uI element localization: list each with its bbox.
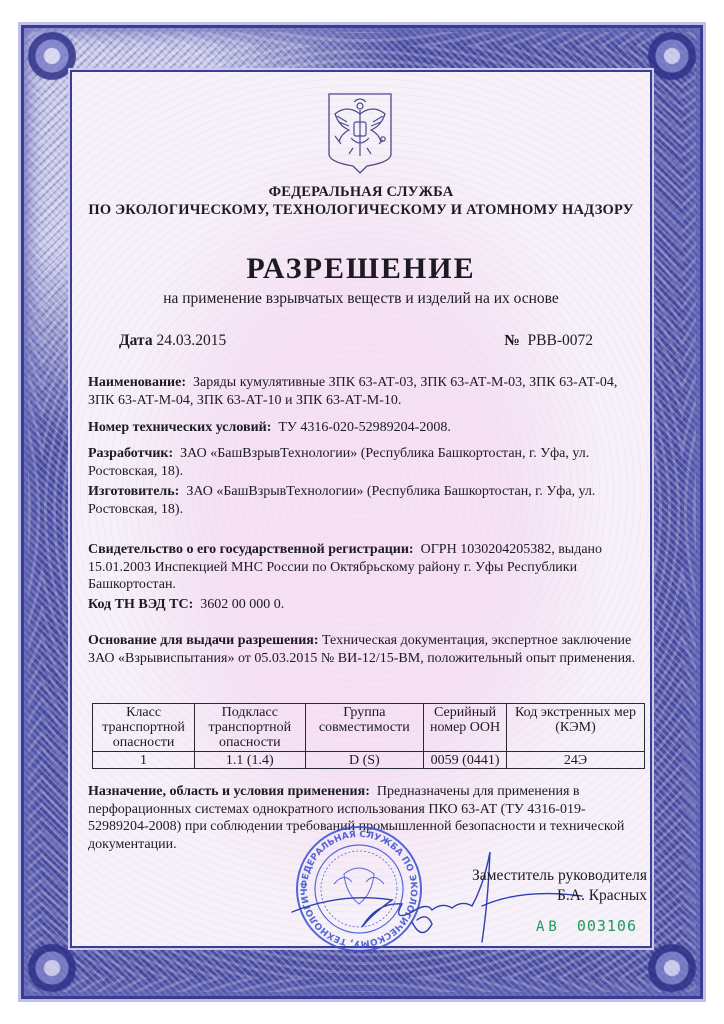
field-label: Номер технических условий: [88,420,271,435]
field-registration: Свидетельство о его государственной реги… [88,541,636,594]
column-header: Код экстренных мер (КЭМ) [506,704,644,752]
table-row: 1 1.1 (1.4) D (S) 0059 (0441) 24Э [93,752,645,769]
field-product-name: Наименование: Заряды кумулятивные ЗПК 63… [88,374,636,409]
column-header: Группа совместимости [305,704,424,752]
certificate-sheet: ФЕДЕРАЛЬНАЯ СЛУЖБА ПО ЭКОЛОГИЧЕСКОМУ, ТЕ… [72,72,650,946]
field-grounds: Основание для выдачи разрешения: Техниче… [88,632,636,667]
border-corner-ornament [642,26,702,86]
permit-number: № РВВ-0072 [504,332,593,350]
field-label: Наименование: [88,375,186,390]
field-label: Свидетельство о его государственной реги… [88,542,414,557]
agency-name-line2: ПО ЭКОЛОГИЧЕСКОМУ, ТЕХНОЛОГИЧЕСКОМУ И АТ… [72,202,650,219]
table-cell: 0059 (0441) [424,752,507,769]
document-subtitle: на применение взрывчатых веществ и издел… [72,290,650,308]
field-developer: Разработчик: ЗАО «БашВзрывТехнологии» (Р… [88,445,636,480]
signer-position: Заместитель руководителя [472,867,647,885]
russian-coat-of-arms-icon [327,92,393,174]
table-cell: 1 [93,752,195,769]
field-manufacturer: Изготовитель: ЗАО «БашВзрывТехнологии» (… [88,483,636,518]
field-label: Основание для выдачи разрешения: [88,633,319,648]
field-label: Разработчик: [88,446,173,461]
table-cell: 1.1 (1.4) [195,752,305,769]
column-header: Подкласс транспортной опасности [195,704,305,752]
field-value: ТУ 4316-020-52989204-2008. [278,420,450,435]
field-label: Изготовитель: [88,484,179,499]
column-header: Класс транспортной опасности [93,704,195,752]
document-title: РАЗРЕШЕНИЕ [72,252,650,286]
border-corner-ornament [22,938,82,998]
serial-series: АВ [536,919,561,935]
serial-number: 003106 [577,917,637,935]
date-label: Дата [119,332,153,349]
field-customs-code: Код ТН ВЭД ТС: 3602 00 000 0. [88,596,636,614]
table-cell: 24Э [506,752,644,769]
column-header: Серийный номер ООН [424,704,507,752]
table-cell: D (S) [305,752,424,769]
date-value: 24.03.2015 [156,332,226,349]
agency-name-line1: ФЕДЕРАЛЬНАЯ СЛУЖБА [72,184,650,201]
field-label: Код ТН ВЭД ТС: [88,597,193,612]
number-label: № [504,332,520,349]
issue-date: Дата 24.03.2015 [119,332,226,350]
official-seal-icon: ФЕДЕРАЛЬНАЯ СЛУЖБА ПО ЭКОЛОГИЧЕСКОМУ, ТЕ… [294,824,424,954]
field-label: Назначение, область и условия применения… [88,784,370,799]
signer-name: Б.А. Красных [557,887,647,905]
hazard-classification-table: Класс транспортной опасности Подкласс тр… [92,703,645,769]
table-header-row: Класс транспортной опасности Подкласс тр… [93,704,645,752]
field-value: 3602 00 000 0. [200,597,284,612]
border-corner-ornament [642,938,702,998]
blank-serial-number: АВ003106 [536,917,637,935]
number-value: РВВ-0072 [528,332,593,349]
field-tech-conditions: Номер технических условий: ТУ 4316-020-5… [88,419,636,437]
